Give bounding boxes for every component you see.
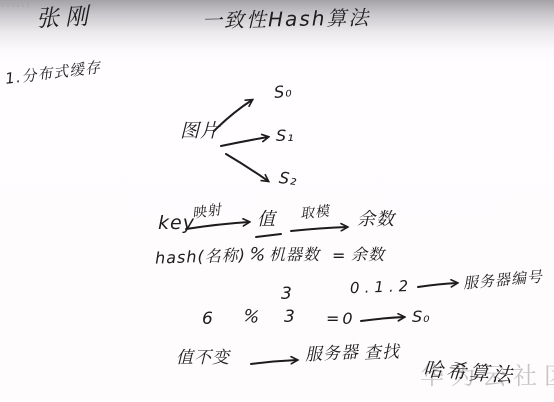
arrow-to-server-lookup bbox=[251, 360, 297, 364]
conclusion-server: 服务器 bbox=[305, 345, 360, 365]
example-server-number-label: 服务器编号 bbox=[462, 270, 543, 292]
arrow-to-s1 bbox=[221, 137, 268, 146]
example-percent: % bbox=[242, 308, 262, 328]
whiteboard-canvas: 张刚 一致性Hash算法 1.分布式缓存 图片 S₀ S₁ S₂ key 映射 … bbox=[0, 0, 554, 402]
diagram-server-s1: S₁ bbox=[276, 128, 295, 144]
flow-mod-label: 取模 bbox=[299, 204, 330, 221]
diagram-source-node: 图片 bbox=[180, 122, 220, 141]
flow-key-label: key bbox=[158, 214, 195, 233]
corner-artifact bbox=[2, 1, 32, 7]
formula-remainder: 余数 bbox=[351, 247, 385, 263]
flow-value-label: 值 bbox=[257, 211, 276, 229]
example-server: S₀ bbox=[412, 309, 431, 325]
conclusion-premise: 值不变 bbox=[176, 350, 230, 367]
arrow-map bbox=[186, 222, 249, 229]
section-intro-label: 1.分布式缓存 bbox=[4, 60, 101, 87]
arrow-to-s2 bbox=[226, 154, 268, 181]
example-divisor: 3 bbox=[284, 309, 296, 326]
underline-value bbox=[256, 234, 281, 237]
example-dividend: 6 bbox=[202, 311, 214, 328]
example-result: =0 bbox=[326, 311, 356, 327]
corner-handwritten-note: 哈希算法 bbox=[422, 359, 515, 385]
formula-hash: hash(名称) bbox=[155, 247, 246, 266]
arrow-to-server-number bbox=[418, 283, 457, 287]
author-name: 张刚 bbox=[35, 5, 94, 31]
conclusion-action: 查找 bbox=[364, 344, 401, 363]
example-machine-count: 3 bbox=[281, 286, 293, 303]
formula-percent: % bbox=[248, 246, 268, 266]
arrow-mod bbox=[291, 227, 347, 231]
example-remainders: 0.1.2 bbox=[350, 279, 414, 296]
diagram-server-s2: S₂ bbox=[278, 170, 298, 188]
flow-map-label: 映射 bbox=[191, 203, 223, 221]
diagram-server-s0: S₀ bbox=[273, 83, 293, 101]
formula-machines: 机器数 bbox=[269, 247, 320, 263]
flow-remainder-label: 余数 bbox=[357, 211, 395, 229]
arrow-to-s0-example bbox=[361, 317, 404, 321]
page-title: 一致性Hash算法 bbox=[202, 8, 371, 31]
formula-equals: = bbox=[332, 248, 346, 264]
